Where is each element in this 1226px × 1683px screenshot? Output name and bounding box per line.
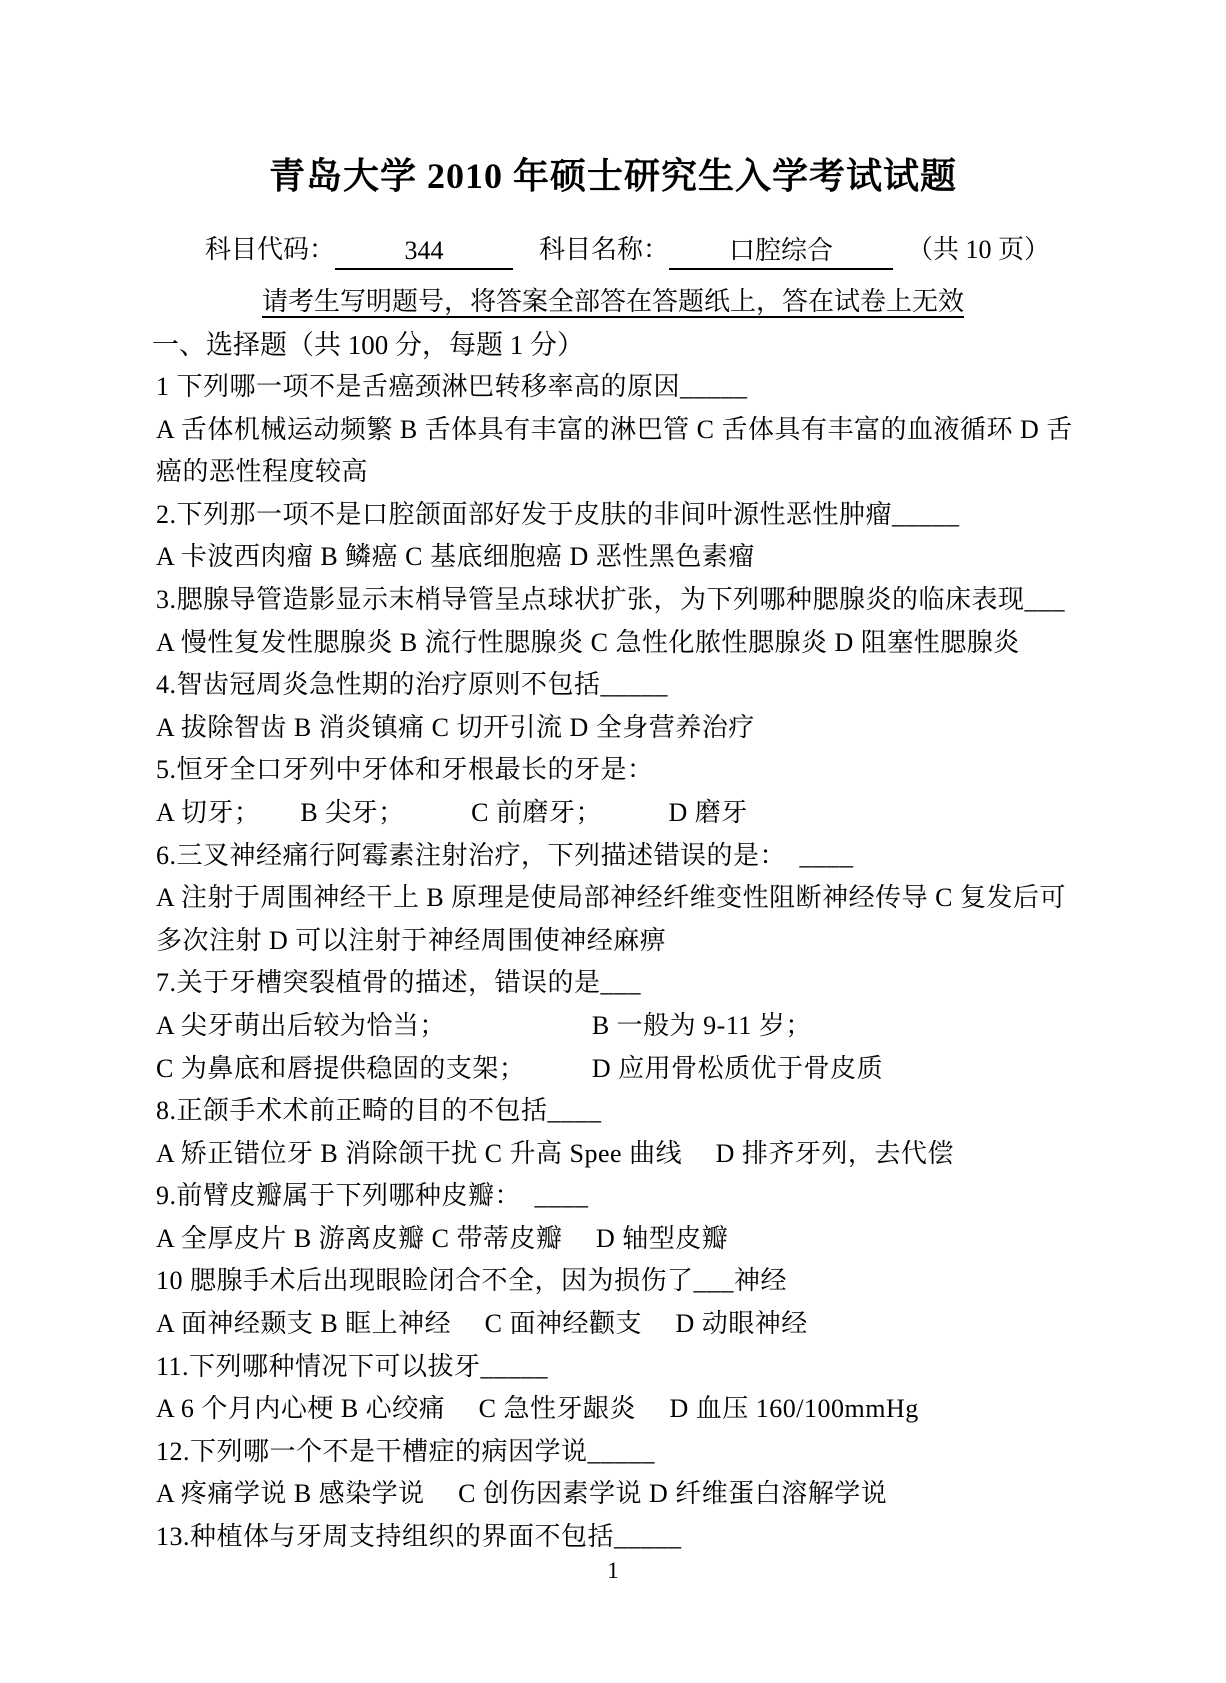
question-11-line: 11.下列哪种情况下可以拔牙_____ bbox=[156, 1346, 1226, 1389]
question-5-options-line: A 切牙； B 尖牙； C 前磨牙； D 磨牙 bbox=[156, 792, 1226, 835]
question-13-line: 13.种植体与牙周支持组织的界面不包括_____ bbox=[156, 1516, 1226, 1559]
question-8-line: 8.正颌手术术前正畸的目的不包括____ bbox=[156, 1090, 1226, 1133]
section-heading: 一、选择题（共 100 分，每题 1 分） bbox=[0, 324, 1226, 366]
question-10-line: 10 腮腺手术后出现眼睑闭合不全，因为损伤了___神经 bbox=[156, 1260, 1226, 1303]
question-12-options-line: A 疼痛学说 B 感染学说 C 创伤因素学说 D 纤维蛋白溶解学说 bbox=[156, 1473, 1226, 1516]
subject-row: 科目代码：344科目名称：口腔综合（共 10 页） bbox=[0, 230, 1226, 270]
question-10-options-line: A 面神经颞支 B 眶上神经 C 面神经颧支 D 动眼神经 bbox=[156, 1303, 1226, 1346]
question-11-options-line: A 6 个月内心梗 B 心绞痛 C 急性牙龈炎 D 血压 160/100mmHg bbox=[156, 1388, 1226, 1431]
question-2-options-line: A 卡波西肉瘤 B 鳞癌 C 基底细胞癌 D 恶性黑色素瘤 bbox=[156, 536, 1226, 579]
question-7-options-cd-line: C 为鼻底和唇提供稳固的支架； D 应用骨松质优于骨皮质 bbox=[156, 1048, 1226, 1091]
question-6-options-cont-line: 多次注射 D 可以注射于神经周围使神经麻痹 bbox=[156, 920, 1226, 963]
question-12-line: 12.下列哪一个不是干槽症的病因学说_____ bbox=[156, 1431, 1226, 1474]
question-8-options-line: A 矫正错位牙 B 消除颌干扰 C 升高 Spee 曲线 D 排齐牙列，去代偿 bbox=[156, 1133, 1226, 1176]
question-7-options-ab-line: A 尖牙萌出后较为恰当； B 一般为 9-11 岁； bbox=[156, 1005, 1226, 1048]
question-1-line: 1 下列哪一项不是舌癌颈淋巴转移率高的原因_____ bbox=[156, 366, 1226, 409]
question-1-options-line: A 舌体机械运动频繁 B 舌体具有丰富的淋巴管 C 舌体具有丰富的血液循环 D … bbox=[156, 409, 1226, 452]
page-title: 青岛大学 2010 年硕士研究生入学考试试题 bbox=[0, 150, 1226, 202]
subject-code-value: 344 bbox=[335, 234, 513, 270]
exam-notice: 请考生写明题号，将答案全部答在答题纸上，答在试卷上无效 bbox=[0, 282, 1226, 322]
pages-count-note: （共 10 页） bbox=[907, 235, 1050, 264]
question-3-line: 3.腮腺导管造影显示末梢导管呈点球状扩张，为下列哪种腮腺炎的临床表现___ bbox=[156, 579, 1226, 622]
question-4-line: 4.智齿冠周炎急性期的治疗原则不包括_____ bbox=[156, 664, 1226, 707]
subject-code-label: 科目代码： bbox=[205, 235, 335, 264]
question-lines: 1 下列哪一项不是舌癌颈淋巴转移率高的原因_____ A 舌体机械运动频繁 B … bbox=[0, 366, 1226, 1559]
page-number: 1 bbox=[0, 1558, 1226, 1584]
question-9-options-line: A 全厚皮片 B 游离皮瓣 C 带蒂皮瓣 D 轴型皮瓣 bbox=[156, 1218, 1226, 1261]
question-4-options-line: A 拔除智齿 B 消炎镇痛 C 切开引流 D 全身营养治疗 bbox=[156, 707, 1226, 750]
question-9-line: 9.前臂皮瓣属于下列哪种皮瓣： ____ bbox=[156, 1175, 1226, 1218]
question-3-options-line: A 慢性复发性腮腺炎 B 流行性腮腺炎 C 急性化脓性腮腺炎 D 阻塞性腮腺炎 bbox=[156, 622, 1226, 665]
question-1-options-cont-line: 癌的恶性程度较高 bbox=[156, 451, 1226, 494]
question-5-line: 5.恒牙全口牙列中牙体和牙根最长的牙是： bbox=[156, 749, 1226, 792]
question-6-line: 6.三叉神经痛行阿霉素注射治疗，下列描述错误的是： ____ bbox=[156, 835, 1226, 878]
question-6-options-line: A 注射于周围神经干上 B 原理是使局部神经纤维变性阻断神经传导 C 复发后可 bbox=[156, 877, 1226, 920]
question-7-line: 7.关于牙槽突裂植骨的描述，错误的是___ bbox=[156, 962, 1226, 1005]
subject-name-label: 科目名称： bbox=[539, 235, 669, 264]
exam-page: 青岛大学 2010 年硕士研究生入学考试试题 科目代码：344科目名称：口腔综合… bbox=[0, 0, 1226, 1683]
question-2-line: 2.下列那一项不是口腔颌面部好发于皮肤的非间叶源性恶性肿瘤_____ bbox=[156, 494, 1226, 537]
subject-name-value: 口腔综合 bbox=[669, 234, 893, 270]
